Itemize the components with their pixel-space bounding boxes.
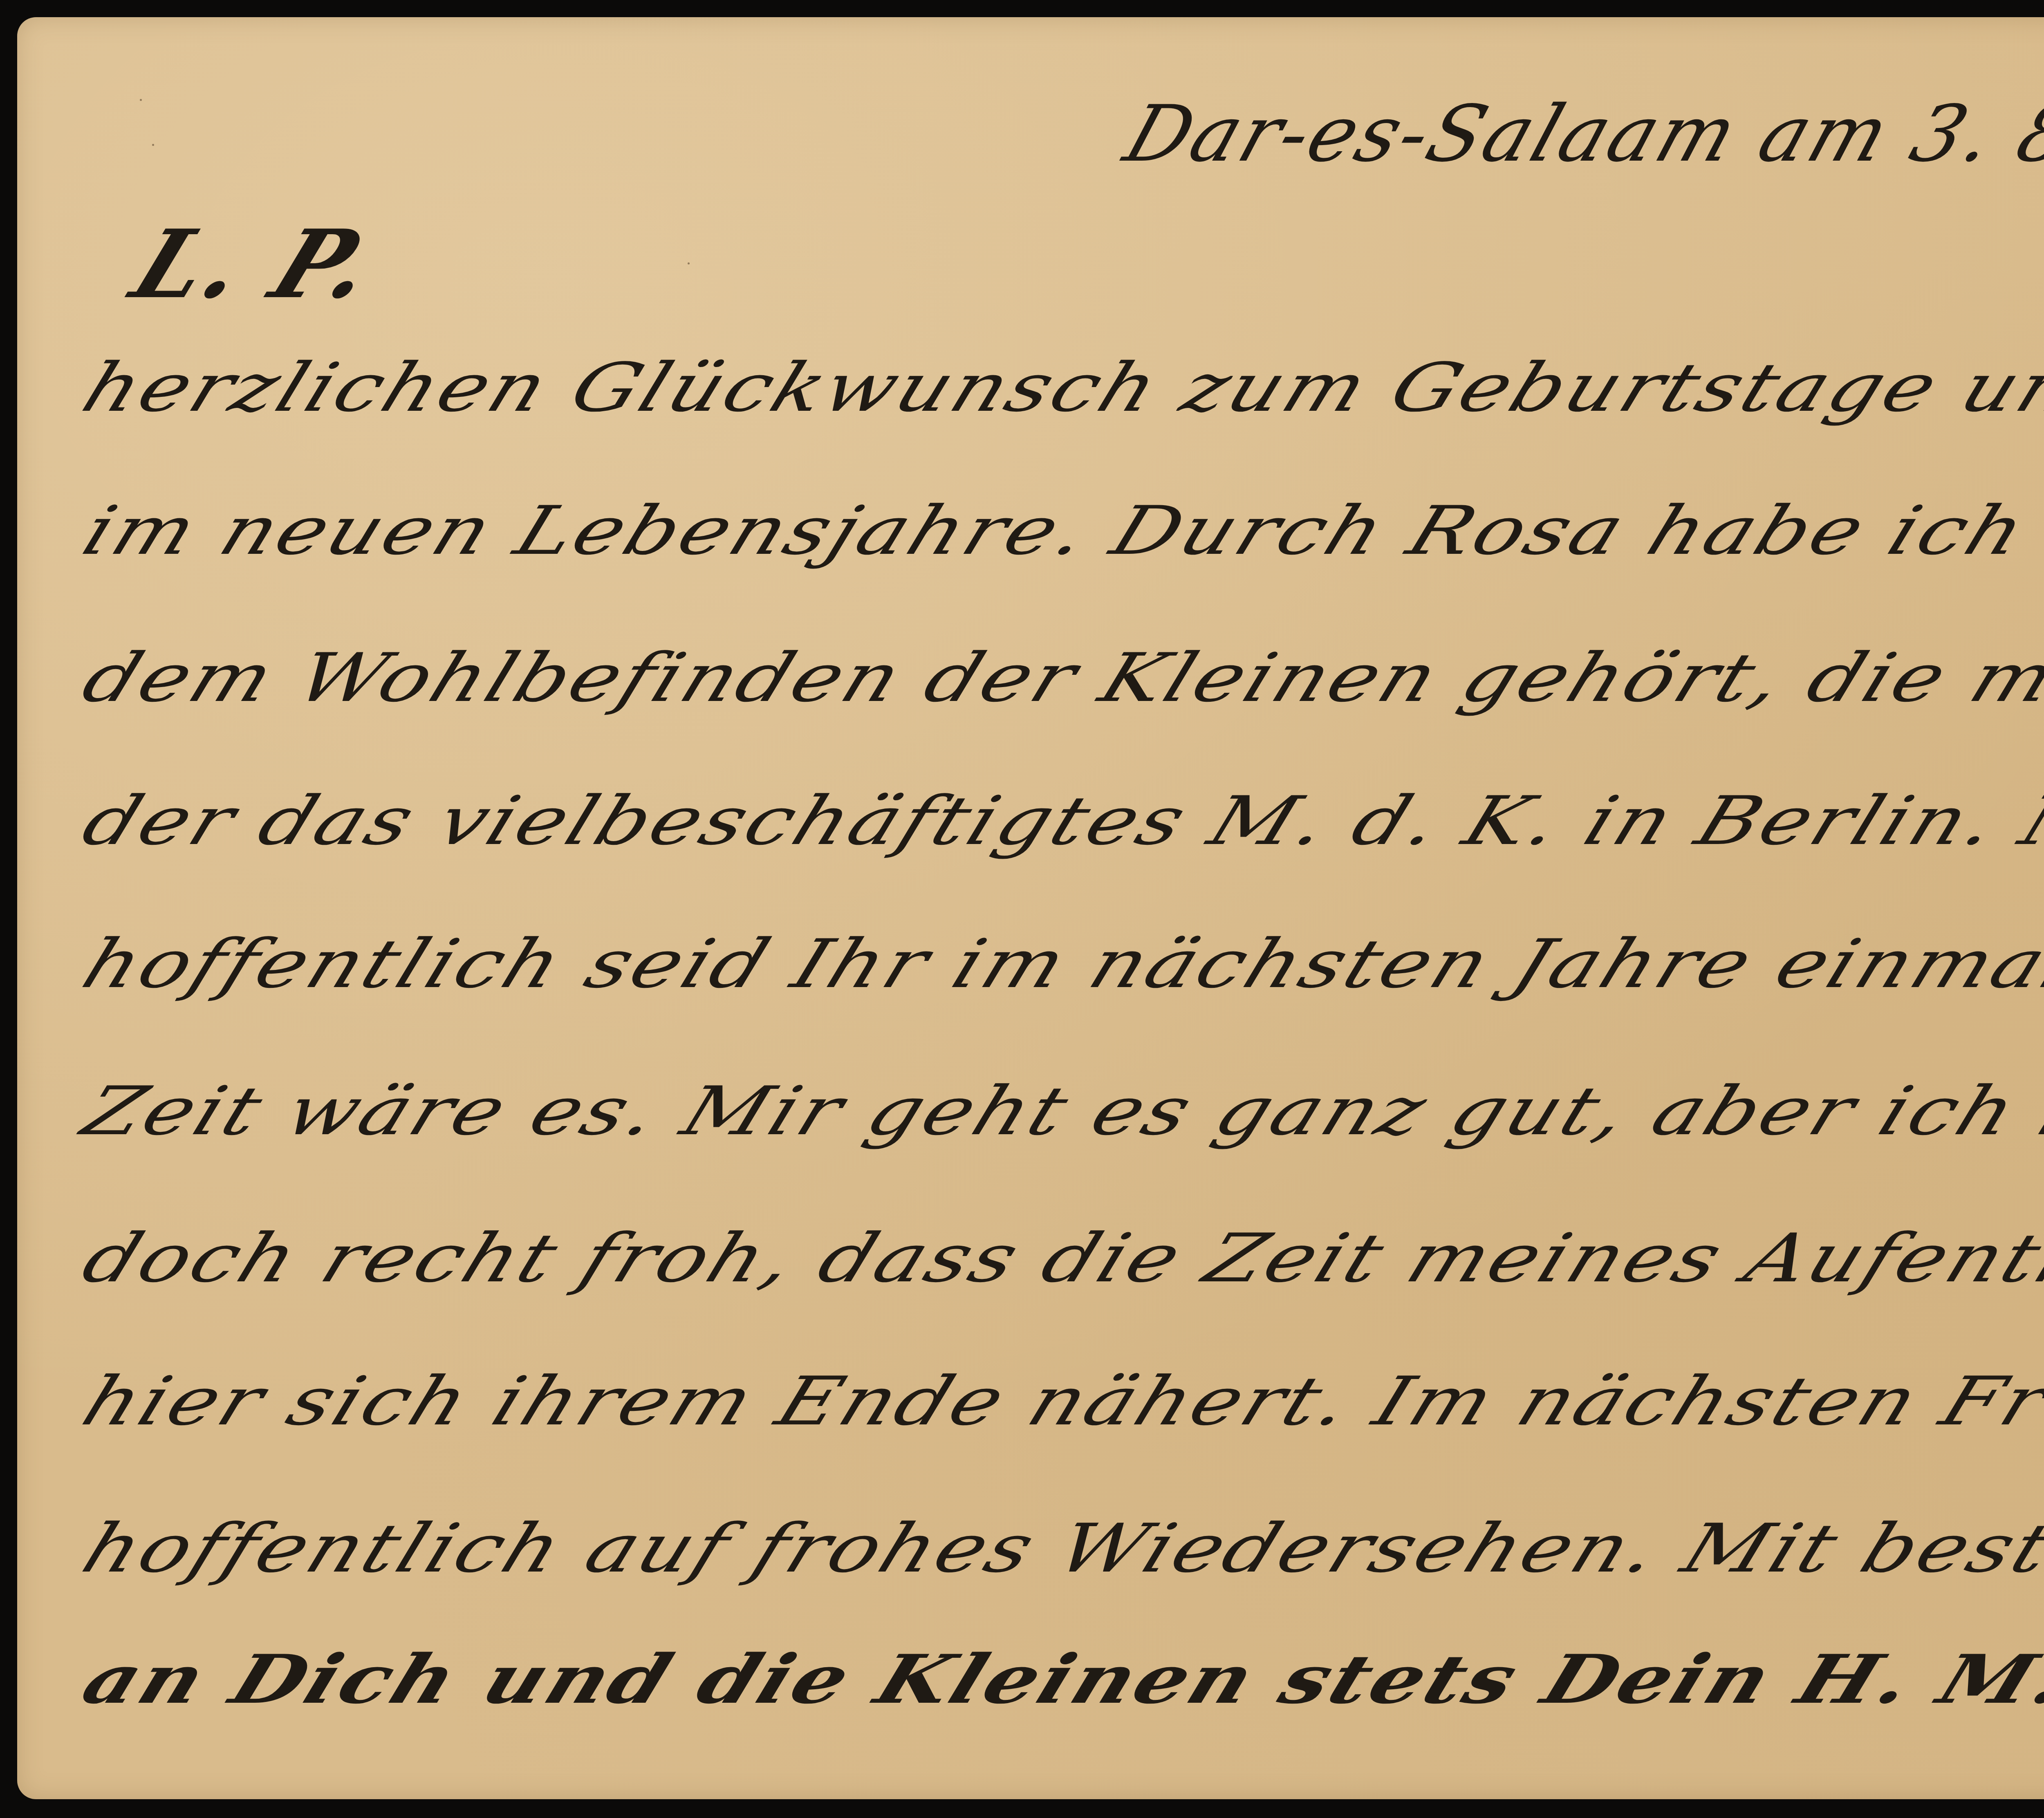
letter-line: hoffentlich seid Ihr im nächsten Jahre e… bbox=[72, 925, 2044, 1003]
letter-line: hier sich ihrem Ende nähert. Im nächsten… bbox=[72, 1362, 2044, 1440]
paper-speck bbox=[688, 262, 690, 264]
letter-line: herzlichen Glückwunsch zum Geburtstage u… bbox=[72, 349, 2044, 427]
letter-line: der das vielbeschäftigtes M. d. K. in Be… bbox=[72, 782, 2044, 860]
letter-line: Zeit wäre es. Mir geht es ganz gut, aber… bbox=[72, 1072, 2044, 1150]
closing-and-signature: an Dich und die Kleinen stets Dein H. M. bbox=[72, 1640, 2044, 1719]
letter-line: hoffentlich auf frohes Wiedersehen. Mit … bbox=[72, 1509, 2044, 1587]
postcard: Dar-es-Salaam am 3. 8. 97 L. P. herzlich… bbox=[17, 17, 2044, 1799]
paper-speck bbox=[152, 144, 154, 146]
letter-line: im neuen Lebensjahre. Durch Rosa habe ic… bbox=[72, 492, 2044, 570]
salutation: L. P. bbox=[117, 209, 394, 320]
letter-line: dem Wohlbefinden der Kleinen gehört, die… bbox=[72, 639, 2044, 717]
place-and-date: Dar-es-Salaam am 3. 8. 97 bbox=[1114, 89, 2044, 179]
letter-line: doch recht froh, dass die Zeit meines Au… bbox=[72, 1219, 2044, 1297]
paper-speck bbox=[140, 99, 142, 101]
